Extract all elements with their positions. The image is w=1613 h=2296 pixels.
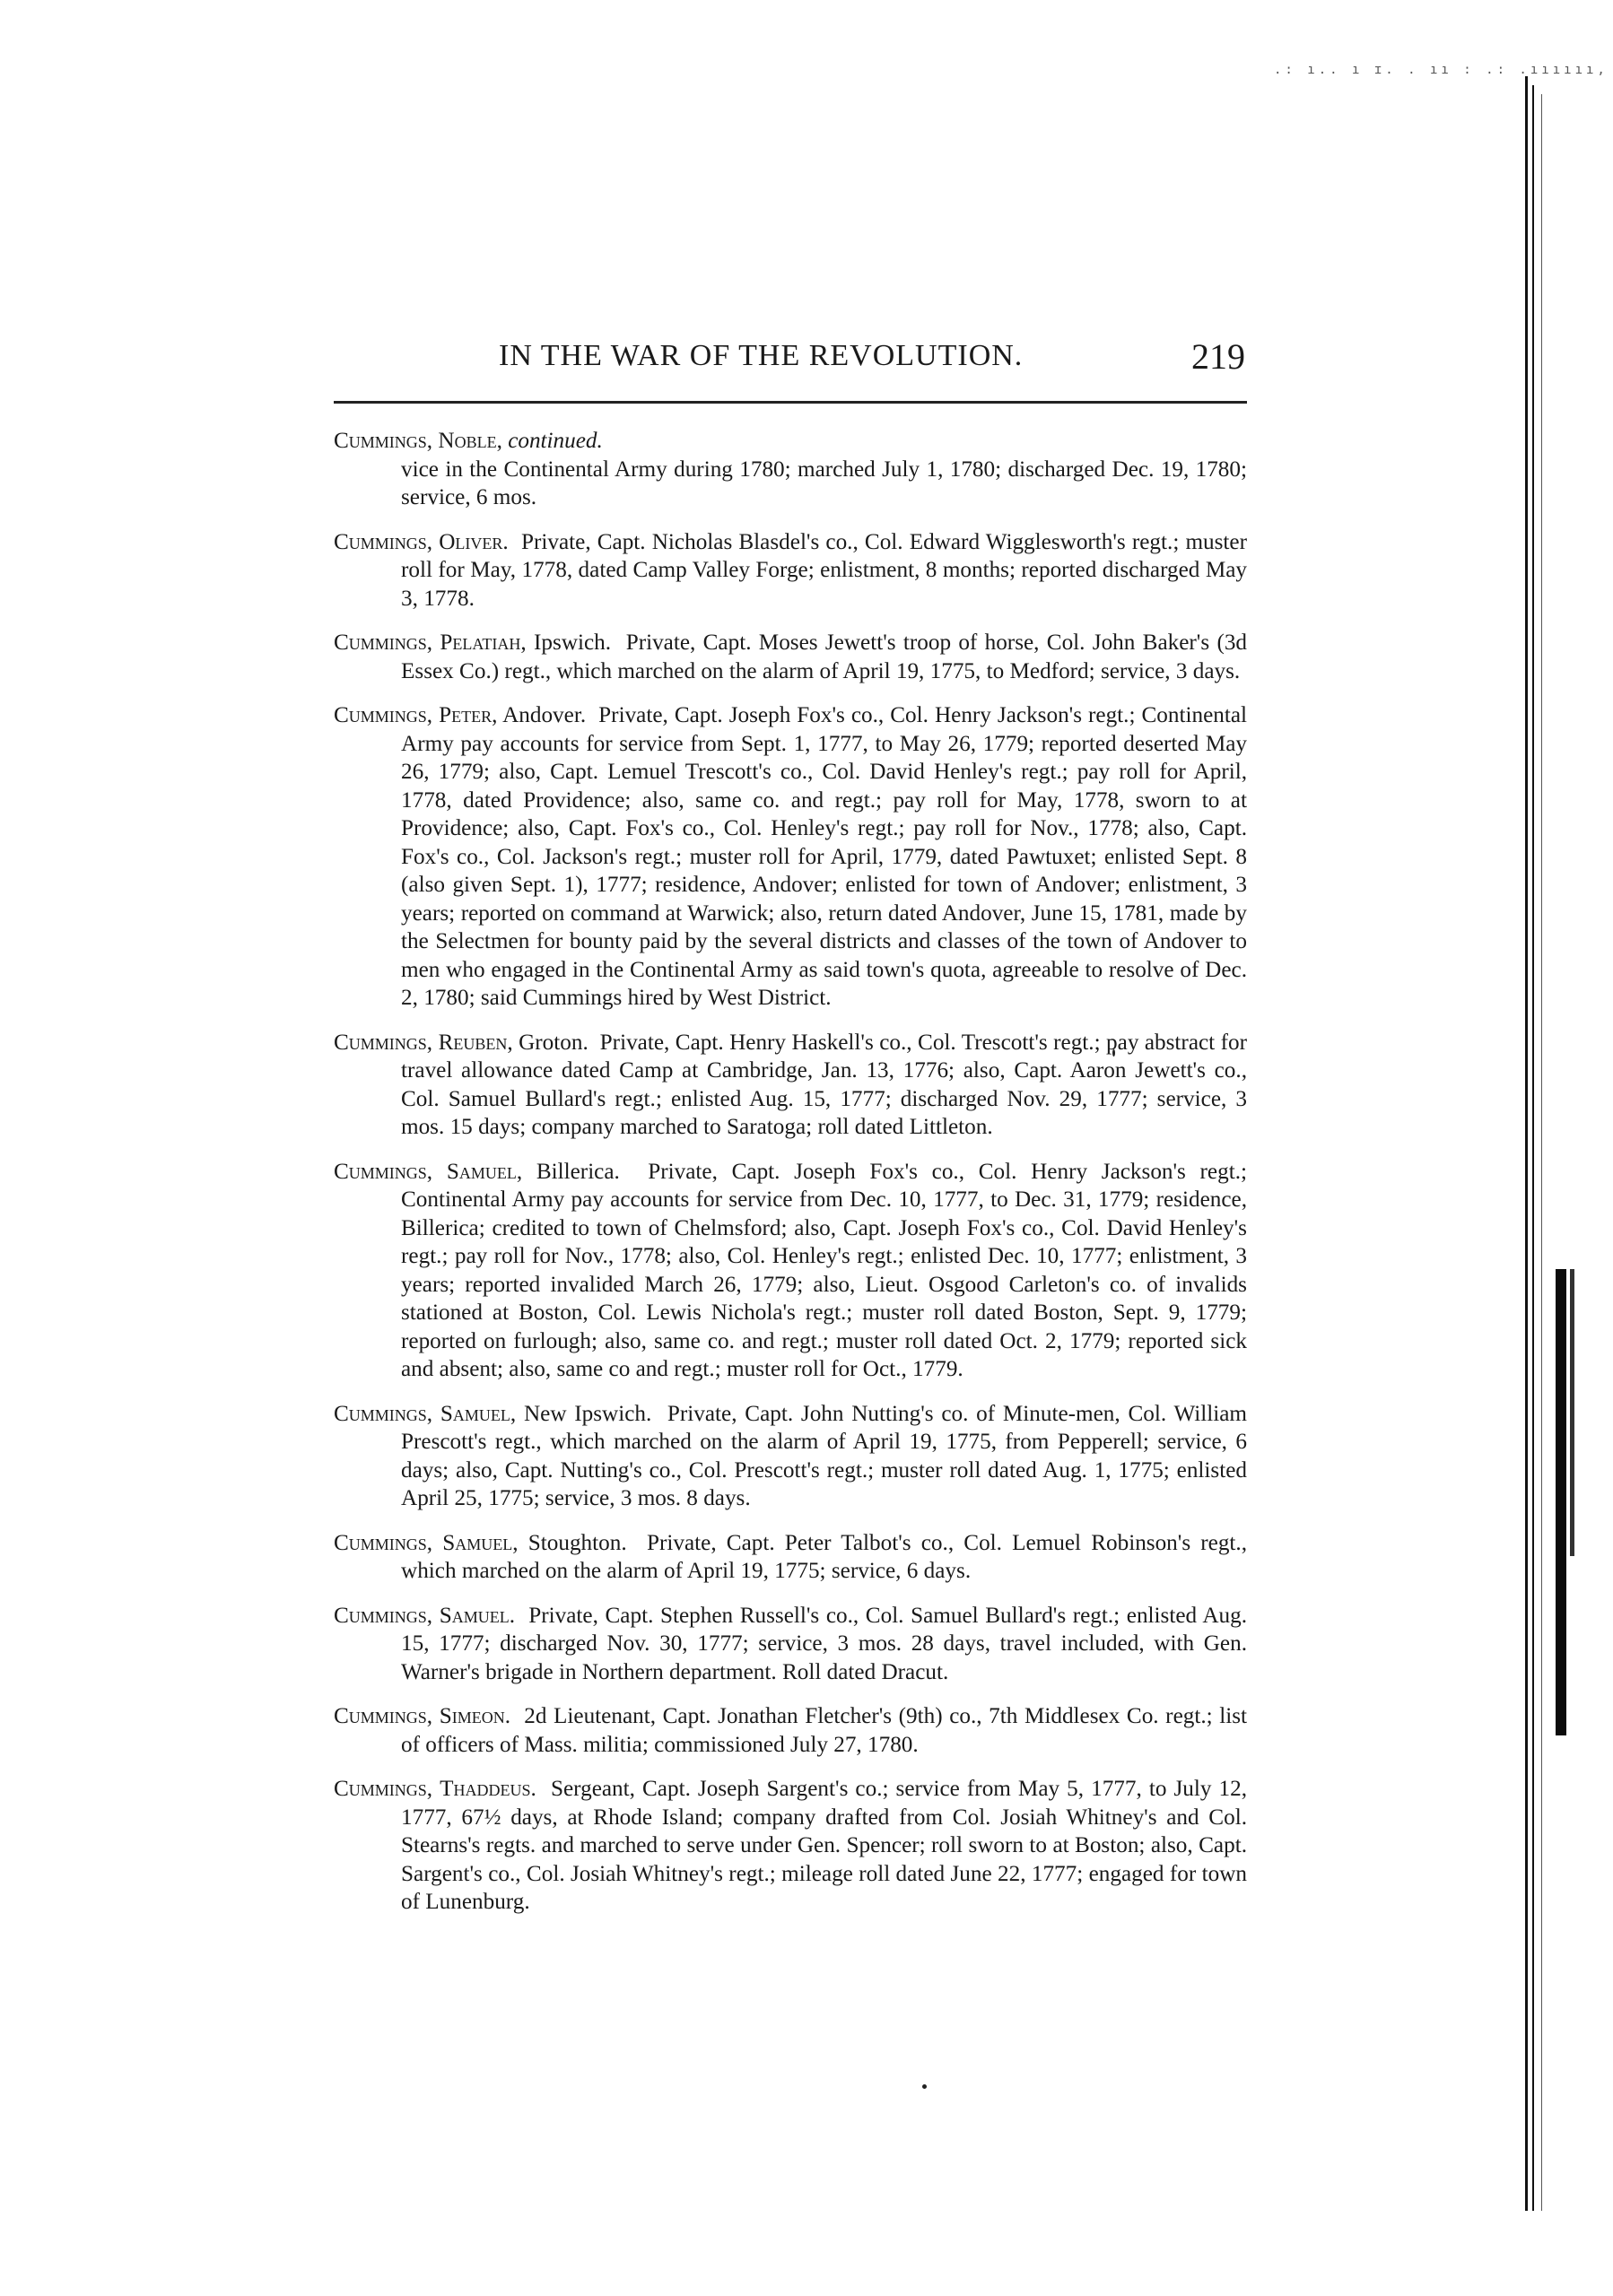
ink-speck	[922, 2084, 927, 2089]
entry-text: Private, Capt. Nicholas Blasdel's co., C…	[401, 530, 1247, 611]
entry-text: Private, Capt. Moses Jewett's troop of h…	[401, 631, 1247, 683]
binding-line	[1541, 94, 1542, 2211]
entry-surname: Cummings,	[334, 1031, 432, 1055]
entry-place: New Ipswich.	[524, 1402, 651, 1426]
entry-simeon: Cummings, Simeon. 2d Lieutenant, Capt. J…	[334, 1702, 1247, 1759]
entry-place: Billerica.	[536, 1160, 620, 1184]
header-rule	[334, 401, 1247, 404]
entry-surname: Cummings,	[334, 631, 432, 655]
entry-list: Cummings, Noble, continued. vice in the …	[334, 427, 1247, 1933]
scanned-book-page: .: ı.. ı ɪ. . ıı : .: .ıııııı, IN THE WA…	[0, 0, 1613, 2296]
page-number: 219	[1191, 335, 1245, 378]
entry-text: Private, Capt. Stephen Russell's co., Co…	[401, 1604, 1247, 1684]
entry-peter: Cummings, Peter, Andover. Private, Capt.…	[334, 701, 1247, 1013]
entry-given-name: Thaddeus.	[440, 1777, 536, 1801]
entry-place: Andover.	[502, 703, 586, 727]
entry-given-name: Reuben,	[439, 1031, 513, 1055]
binding-line	[1525, 76, 1528, 2211]
entry-samuel: Cummings, Samuel. Private, Capt. Stephen…	[334, 1602, 1247, 1687]
entry-surname: Cummings,	[334, 703, 432, 727]
entry-oliver: Cummings, Oliver. Private, Capt. Nichola…	[334, 528, 1247, 613]
entry-text: vice in the Continental Army during 1780…	[334, 456, 1247, 512]
entry-given-name: Pelatiah,	[440, 631, 526, 655]
entry-given-name: Samuel,	[447, 1160, 522, 1184]
entry-pelatiah: Cummings, Pelatiah, Ipswich. Private, Ca…	[334, 629, 1247, 685]
entry-given-name: Simeon.	[440, 1704, 510, 1728]
entry-text: Private, Capt. Joseph Fox's co., Col. He…	[401, 703, 1247, 1010]
entry-given-name: Samuel,	[442, 1531, 518, 1555]
entry-surname: Cummings,	[334, 1531, 432, 1555]
entry-given-name: Samuel,	[440, 1402, 516, 1426]
entry-surname: Cummings,	[334, 429, 432, 453]
entry-surname: Cummings,	[334, 1604, 432, 1628]
entry-samuel-stoughton: Cummings, Samuel, Stoughton. Private, Ca…	[334, 1529, 1247, 1586]
binding-edge-artifact	[1525, 76, 1561, 2211]
scan-noise: .: ı.. ı ɪ. . ıı : .: .ıııııı,	[1274, 63, 1609, 77]
binding-line	[1532, 85, 1534, 2211]
entry-place: Ipswich.	[534, 631, 611, 655]
ink-speck	[1112, 1049, 1115, 1057]
entry-noble: Cummings, Noble, continued. vice in the …	[334, 427, 1247, 512]
running-head: IN THE WAR OF THE REVOLUTION.	[499, 339, 1023, 373]
entry-samuel-billerica: Cummings, Samuel, Billerica. Private, Ca…	[334, 1158, 1247, 1384]
entry-place: Groton.	[519, 1031, 589, 1055]
entry-samuel-new-ipswich: Cummings, Samuel, New Ipswich. Private, …	[334, 1400, 1247, 1513]
entry-given-name: Noble,	[438, 429, 501, 453]
entry-surname: Cummings,	[334, 1160, 432, 1184]
entry-text: Private, Capt. Joseph Fox's co., Col. He…	[401, 1160, 1247, 1382]
entry-surname: Cummings,	[334, 1704, 432, 1728]
continued-label: continued.	[508, 429, 603, 453]
entry-surname: Cummings,	[334, 1777, 432, 1801]
entry-given-name: Samuel.	[440, 1604, 515, 1628]
entry-surname: Cummings,	[334, 530, 432, 554]
page-header: IN THE WAR OF THE REVOLUTION. 219	[334, 339, 1245, 393]
entry-given-name: Peter,	[439, 703, 497, 727]
binding-dark-bar	[1570, 1269, 1574, 1556]
entry-place: Stoughton.	[528, 1531, 627, 1555]
entry-text: 2d Lieutenant, Capt. Jonathan Fletcher's…	[401, 1704, 1247, 1757]
entry-surname: Cummings,	[334, 1402, 432, 1426]
entry-thaddeus: Cummings, Thaddeus. Sergeant, Capt. Jose…	[334, 1775, 1247, 1917]
entry-given-name: Oliver.	[439, 530, 508, 554]
binding-dark-bar	[1556, 1269, 1566, 1735]
entry-reuben: Cummings, Reuben, Groton. Private, Capt.…	[334, 1029, 1247, 1142]
